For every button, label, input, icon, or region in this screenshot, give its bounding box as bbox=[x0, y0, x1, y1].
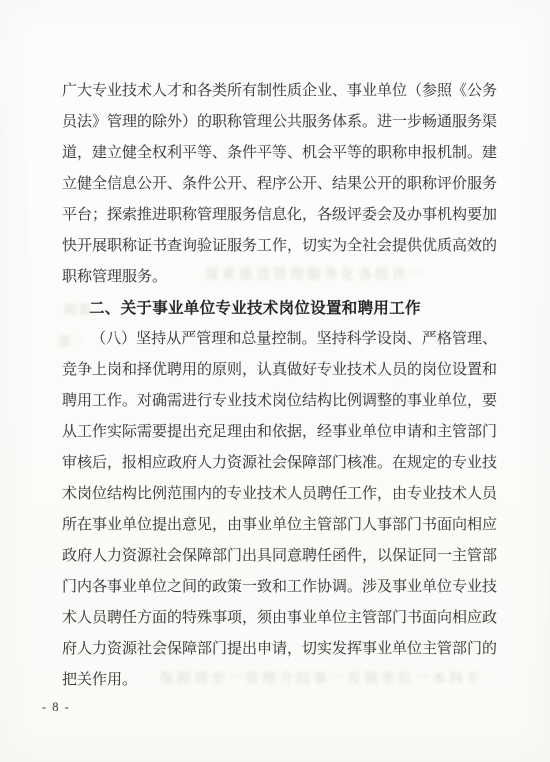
text-line: 所在事业单位提出意见，由事业单位主管部门人事部门书面向相应 bbox=[62, 510, 497, 541]
text-line: （八）坚持从严管理和总量控制。坚持科学设岗、严格管理、 bbox=[62, 324, 497, 355]
page-number: - 8 - bbox=[42, 700, 70, 715]
text-line: 道，建立健全权利平等、条件平等、机会平等的职称申报机制。建 bbox=[62, 138, 497, 169]
text-line: 职称管理服务。 bbox=[62, 262, 497, 293]
text-line: 快开展职称证书查询验证服务工作，切实为全社会提供优质高效的 bbox=[62, 231, 497, 262]
text-line: 政府人力资源社会保障部门出具同意聘任函件，以保证同一主管部 bbox=[62, 541, 497, 572]
text-line: 从工作实际需要提出充足理由和依据，经事业单位申请和主管部门 bbox=[62, 417, 497, 448]
scanned-document-page: 广大专业技术人才和各类所有制性质企业、事业单位（参照《公务 员法》管理的除外）的… bbox=[0, 0, 550, 762]
text-line: 门内各事业单位之间的政策一致和工作协调。涉及事业单位专业技 bbox=[62, 572, 497, 603]
text-line: 审核后，报相应政府人力资源社会保障部门核准。在规定的专业技 bbox=[62, 448, 497, 479]
text-line: 术人员聘任方面的特殊事项，须由事业单位主管部门书面向相应政 bbox=[62, 603, 497, 634]
text-line: 立健全信息公开、条件公开、程序公开、结果公开的职称评价服务 bbox=[62, 169, 497, 200]
text-line: 员法》管理的除外）的职称管理公共服务体系。进一步畅通服务渠 bbox=[62, 107, 497, 138]
text-line: 聘用工作。对确需进行专业技术岗位结构比例调整的事业单位，要 bbox=[62, 386, 497, 417]
text-line: 广大专业技术人才和各类所有制性质企业、事业单位（参照《公务 bbox=[62, 76, 497, 107]
section-heading: 二、关于事业单位专业技术岗位设置和聘用工作 bbox=[62, 293, 497, 324]
text-line: 府人力资源社会保障部门提出申请，切实发挥事业单位主管部门的 bbox=[62, 634, 497, 665]
text-line: 术岗位结构比例范围内的专业技术人员聘任工作，由专业技术人员 bbox=[62, 479, 497, 510]
text-line: 竞争上岗和择优聘用的原则，认真做好专业技术人员的岗位设置和 bbox=[62, 355, 497, 386]
text-line: 平台；探索推进职称管理服务信息化，各级评委会及办事机构要加 bbox=[62, 200, 497, 231]
text-line: 把关作用。 bbox=[62, 665, 497, 696]
document-body: 广大专业技术人才和各类所有制性质企业、事业单位（参照《公务 员法》管理的除外）的… bbox=[62, 76, 497, 696]
